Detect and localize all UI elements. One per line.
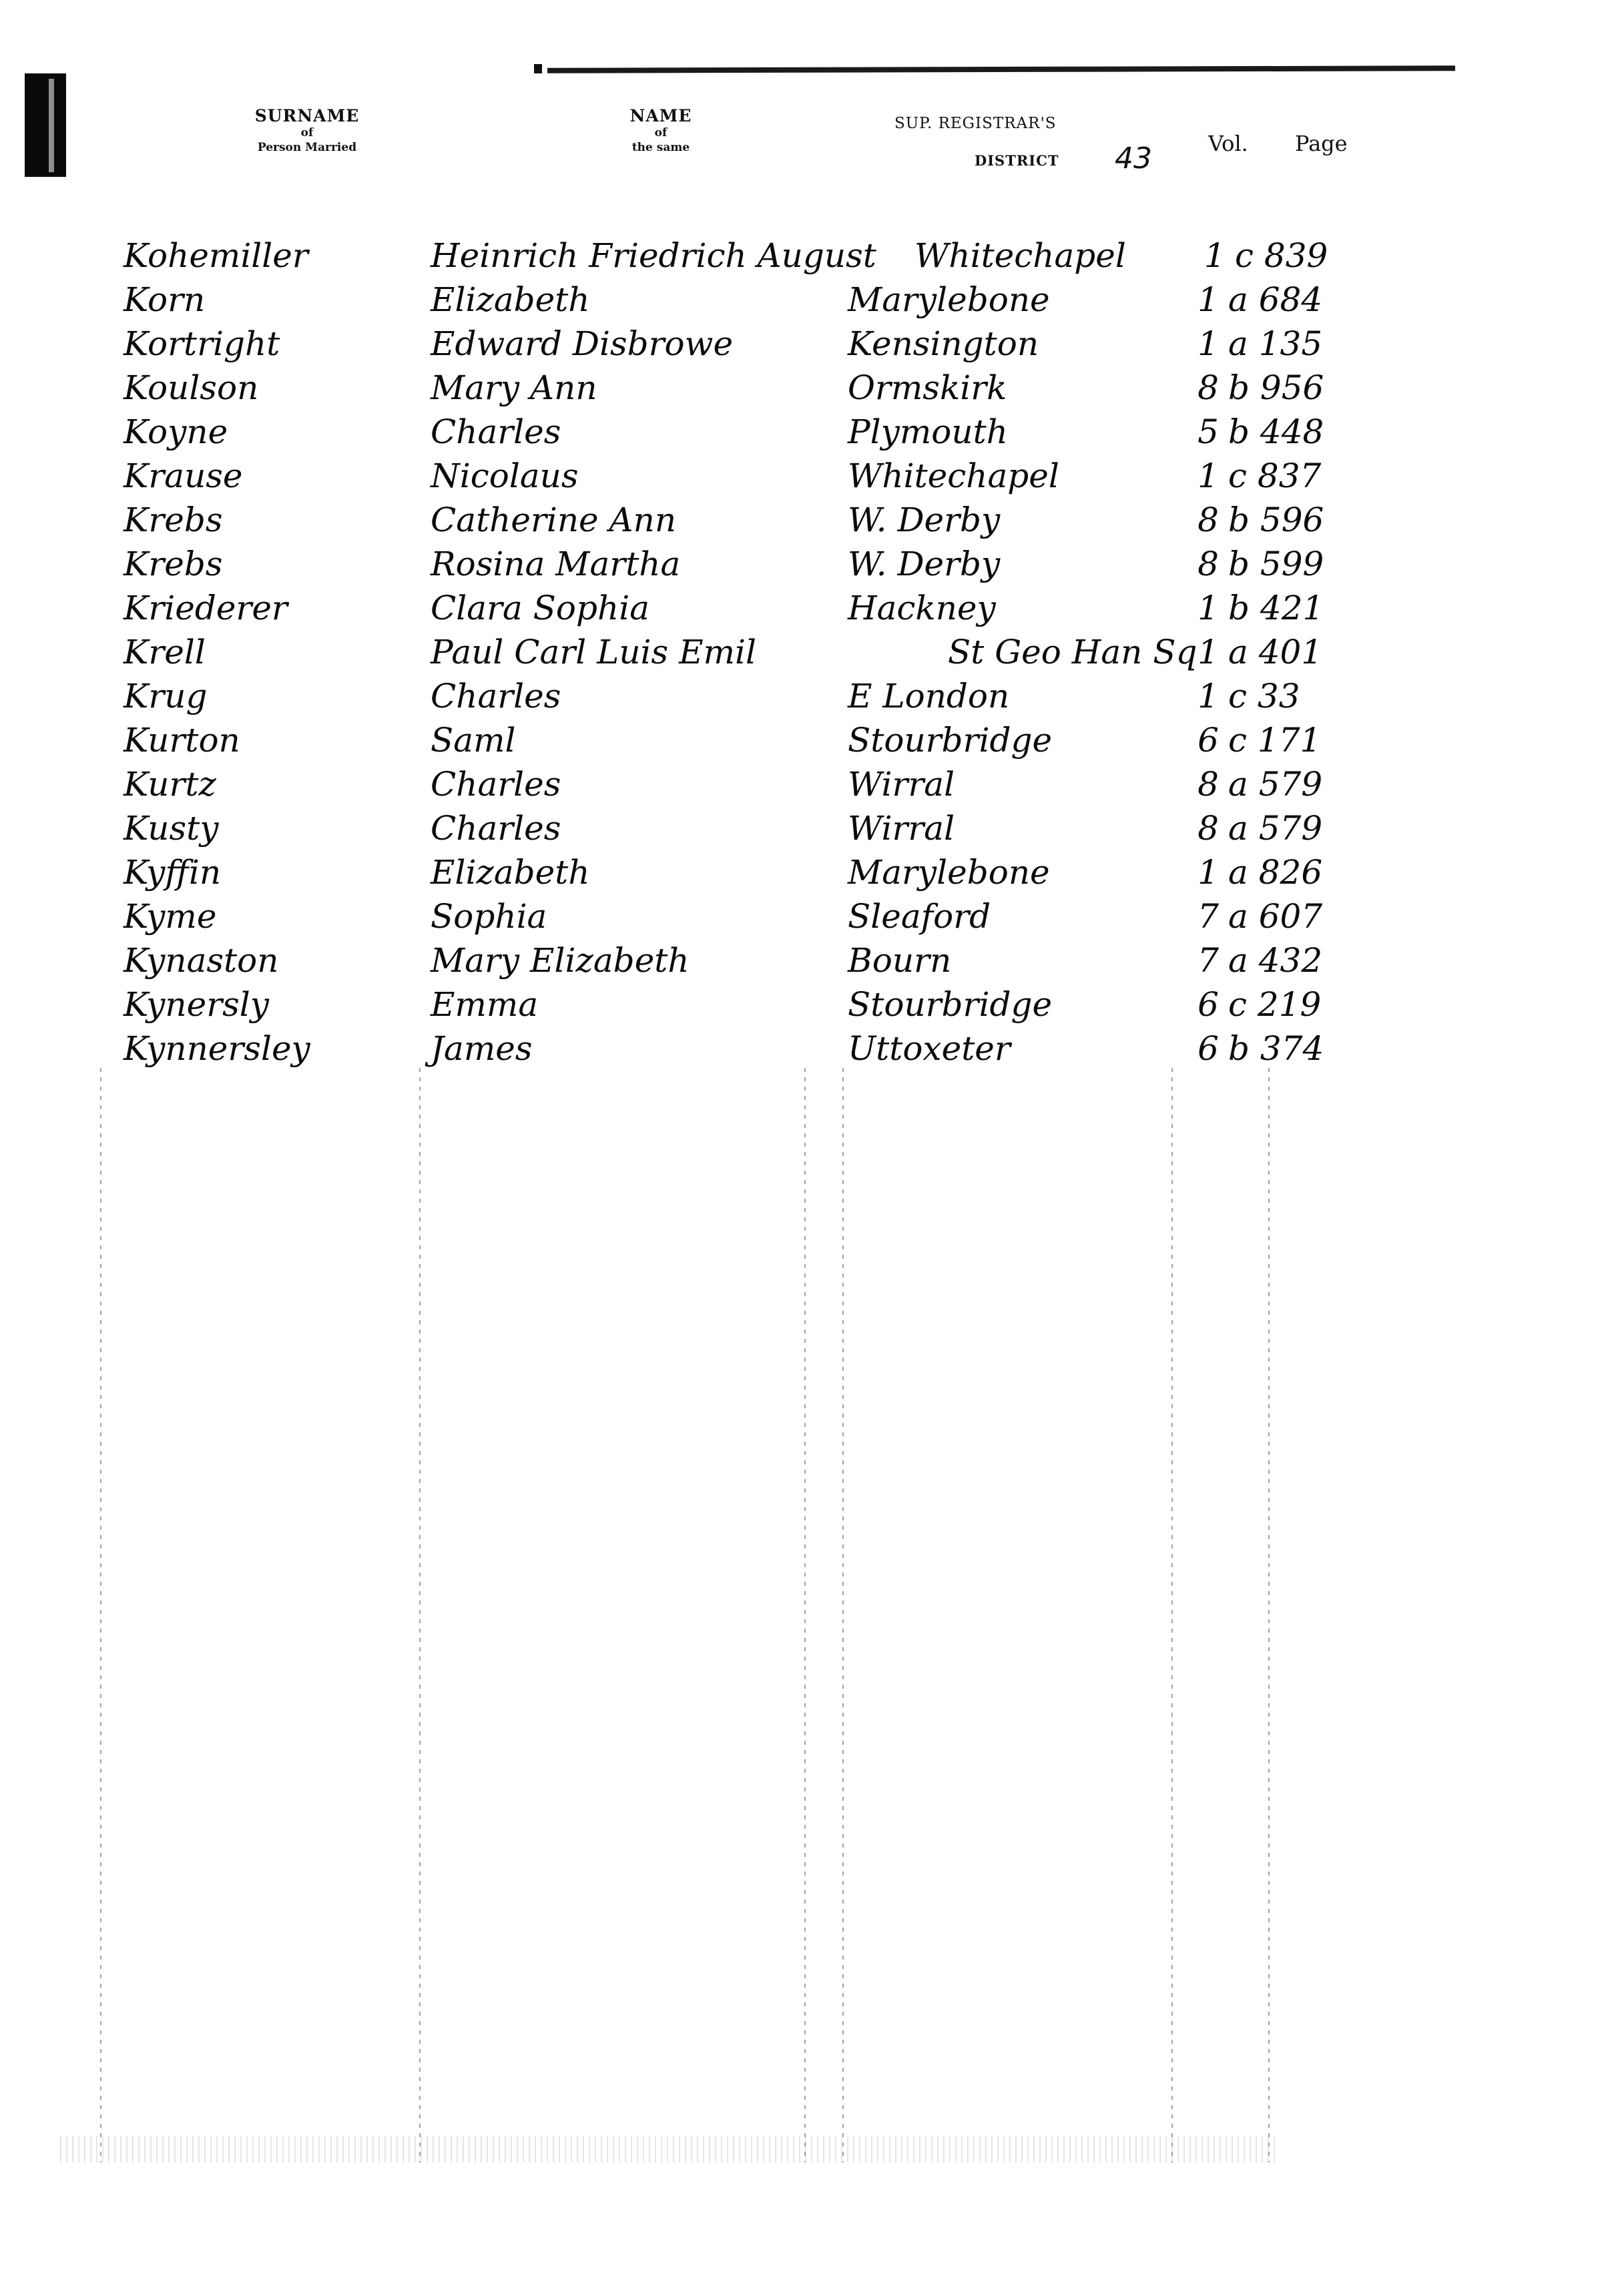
surname-of: of (207, 125, 407, 140)
register-page: SURNAME of Person Married NAME of the sa… (0, 0, 1602, 2296)
entry-forenames: Edward Disbrowe (431, 322, 733, 366)
entry-page: b 599 (1228, 542, 1324, 586)
entry-row: Koyne Charles Plymouth 5 b 448 (0, 410, 1602, 454)
entry-page: a 826 (1228, 850, 1322, 894)
entry-forenames: Charles (431, 806, 561, 850)
entry-district: St Geo Han Sq (948, 630, 1197, 674)
entry-page: a 401 (1228, 630, 1322, 674)
entry-row: Kyme Sophia Sleaford 7 a 607 (0, 894, 1602, 938)
column-rule (419, 1068, 421, 2163)
entry-page: a 684 (1228, 278, 1322, 322)
entry-row: Kohemiller Heinrich Friedrich August Whi… (0, 234, 1602, 278)
entry-district: W. Derby (848, 498, 1000, 542)
entry-page: b 956 (1228, 366, 1324, 410)
entry-row: Koulson Mary Ann Ormskirk 8 b 956 (0, 366, 1602, 410)
column-header-page: Page (1295, 131, 1348, 156)
entry-forenames: Emma (431, 982, 538, 1027)
entry-surname: Kynersly (123, 982, 269, 1027)
name-sub: the same (587, 140, 734, 155)
entry-row: Kynaston Mary Elizabeth Bourn 7 a 432 (0, 938, 1602, 982)
entry-forenames: Catherine Ann (431, 498, 676, 542)
entry-forenames: Clara Sophia (431, 586, 649, 630)
column-header-name: NAME of the same (587, 107, 734, 155)
entry-surname: Krause (123, 454, 243, 498)
column-rule (100, 1068, 101, 2163)
entry-forenames: Saml (431, 718, 515, 762)
entry-page: a 607 (1228, 894, 1322, 938)
entry-row: Kusty Charles Wirral 8 a 579 (0, 806, 1602, 850)
entry-surname: Koulson (123, 366, 258, 410)
district-number: 43 (1115, 141, 1152, 176)
entry-page: c 839 (1235, 234, 1328, 278)
entry-district: Whitechapel (914, 234, 1126, 278)
entry-district: Uttoxeter (848, 1027, 1011, 1071)
entry-row: Krebs Rosina Martha W. Derby 8 b 599 (0, 542, 1602, 586)
entry-row: Krebs Catherine Ann W. Derby 8 b 596 (0, 498, 1602, 542)
column-header-vol: Vol. (1208, 131, 1248, 156)
entry-forenames: James (431, 1027, 533, 1071)
entry-district: Stourbridge (848, 982, 1052, 1027)
entry-surname: Krebs (123, 542, 223, 586)
entry-vol: 1 (1195, 322, 1222, 366)
entry-vol: 6 (1195, 1027, 1222, 1071)
entry-vol: 5 (1195, 410, 1222, 454)
entry-district: Plymouth (848, 410, 1008, 454)
entry-surname: Koyne (123, 410, 228, 454)
column-rule (1268, 1068, 1270, 2163)
entry-row: Kurton Saml Stourbridge 6 c 171 (0, 718, 1602, 762)
entry-vol: 1 (1195, 278, 1222, 322)
entry-district: Ormskirk (848, 366, 1007, 410)
entry-district: Hackney (848, 586, 996, 630)
binding-edge (25, 73, 66, 177)
entry-forenames: Charles (431, 762, 561, 806)
entry-row: Kriederer Clara Sophia Hackney 1 b 421 (0, 586, 1602, 630)
entry-forenames: Charles (431, 674, 561, 718)
entry-surname: Korn (123, 278, 205, 322)
entry-row: Krause Nicolaus Whitechapel 1 c 837 (0, 454, 1602, 498)
entry-vol: 1 (1201, 234, 1228, 278)
entry-district: Stourbridge (848, 718, 1052, 762)
entry-page: c 171 (1228, 718, 1321, 762)
entry-surname: Kriederer (123, 586, 288, 630)
entry-vol: 1 (1195, 674, 1222, 718)
entry-surname: Kynnersley (123, 1027, 310, 1071)
entry-surname: Kohemiller (123, 234, 308, 278)
entry-forenames: Rosina Martha (431, 542, 680, 586)
entry-forenames: Nicolaus (431, 454, 579, 498)
entry-surname: Krell (123, 630, 206, 674)
entry-district: Bourn (848, 938, 951, 982)
entry-row: Korn Elizabeth Marylebone 1 a 684 (0, 278, 1602, 322)
entry-page: c 219 (1228, 982, 1321, 1027)
column-rule (1171, 1068, 1173, 2163)
entry-vol: 1 (1195, 454, 1222, 498)
entry-district: Marylebone (848, 850, 1050, 894)
entry-row: Krug Charles E London 1 c 33 (0, 674, 1602, 718)
entry-vol: 7 (1195, 938, 1222, 982)
entry-row: Kortright Edward Disbrowe Kensington 1 a… (0, 322, 1602, 366)
entry-page: a 579 (1228, 762, 1322, 806)
entry-vol: 8 (1195, 498, 1222, 542)
entry-forenames: Mary Elizabeth (431, 938, 690, 982)
entry-district: Wirral (848, 806, 955, 850)
surname-sub: Person Married (207, 140, 407, 155)
column-rule (842, 1068, 844, 2163)
entry-surname: Kurton (123, 718, 240, 762)
entry-forenames: Heinrich Friedrich August (431, 234, 876, 278)
entry-forenames: Elizabeth (431, 850, 590, 894)
entry-page: c 837 (1228, 454, 1321, 498)
entry-row: Krell Paul Carl Luis Emil St Geo Han Sq … (0, 630, 1602, 674)
entry-forenames: Elizabeth (431, 278, 590, 322)
entry-row: Kyffin Elizabeth Marylebone 1 a 826 (0, 850, 1602, 894)
entry-page: b 374 (1228, 1027, 1324, 1071)
entry-row: Kynnersley James Uttoxeter 6 b 374 (0, 1027, 1602, 1071)
entry-row: Kynersly Emma Stourbridge 6 c 219 (0, 982, 1602, 1027)
entry-forenames: Mary Ann (431, 366, 597, 410)
entry-vol: 1 (1195, 586, 1222, 630)
entry-surname: Kurtz (123, 762, 216, 806)
entry-vol: 1 (1195, 850, 1222, 894)
entry-district: Marylebone (848, 278, 1050, 322)
district-sub-label: DISTRICT (975, 152, 1059, 169)
entry-page: a 579 (1228, 806, 1322, 850)
entry-vol: 1 (1195, 630, 1222, 674)
entry-page: b 596 (1228, 498, 1324, 542)
entry-page: c 33 (1228, 674, 1300, 718)
surname-title: SURNAME (207, 107, 407, 125)
entry-district: Sleaford (848, 894, 991, 938)
entry-district: E London (848, 674, 1009, 718)
entry-page: b 448 (1228, 410, 1324, 454)
entry-surname: Kortright (123, 322, 280, 366)
entry-surname: Krug (123, 674, 207, 718)
entry-forenames: Charles (431, 410, 561, 454)
entry-page: a 432 (1228, 938, 1322, 982)
entry-page: a 135 (1228, 322, 1322, 366)
entry-surname: Krebs (123, 498, 223, 542)
scan-noise (60, 2136, 1275, 2163)
entry-surname: Kyme (123, 894, 216, 938)
entry-surname: Kyffin (123, 850, 221, 894)
entry-vol: 6 (1195, 982, 1222, 1027)
name-title: NAME (587, 107, 734, 125)
column-rule (804, 1068, 806, 2163)
entry-page: b 421 (1228, 586, 1324, 630)
entry-forenames: Sophia (431, 894, 547, 938)
entry-forenames: Paul Carl Luis Emil (431, 630, 756, 674)
entry-surname: Kusty (123, 806, 218, 850)
entry-vol: 6 (1195, 718, 1222, 762)
entry-vol: 8 (1195, 542, 1222, 586)
column-header-district: SUP. REGISTRAR'S (894, 115, 1057, 132)
entry-surname: Kynaston (123, 938, 278, 982)
entry-vol: 8 (1195, 762, 1222, 806)
entry-district: Wirral (848, 762, 955, 806)
name-of: of (587, 125, 734, 140)
top-rule-line (547, 65, 1455, 73)
entry-vol: 8 (1195, 366, 1222, 410)
entry-vol: 7 (1195, 894, 1222, 938)
entry-district: Kensington (848, 322, 1039, 366)
entry-row: Kurtz Charles Wirral 8 a 579 (0, 762, 1602, 806)
entry-district: W. Derby (848, 542, 1000, 586)
entry-vol: 8 (1195, 806, 1222, 850)
rule-mark (534, 64, 542, 73)
entry-district: Whitechapel (848, 454, 1059, 498)
column-header-surname: SURNAME of Person Married (207, 107, 407, 155)
